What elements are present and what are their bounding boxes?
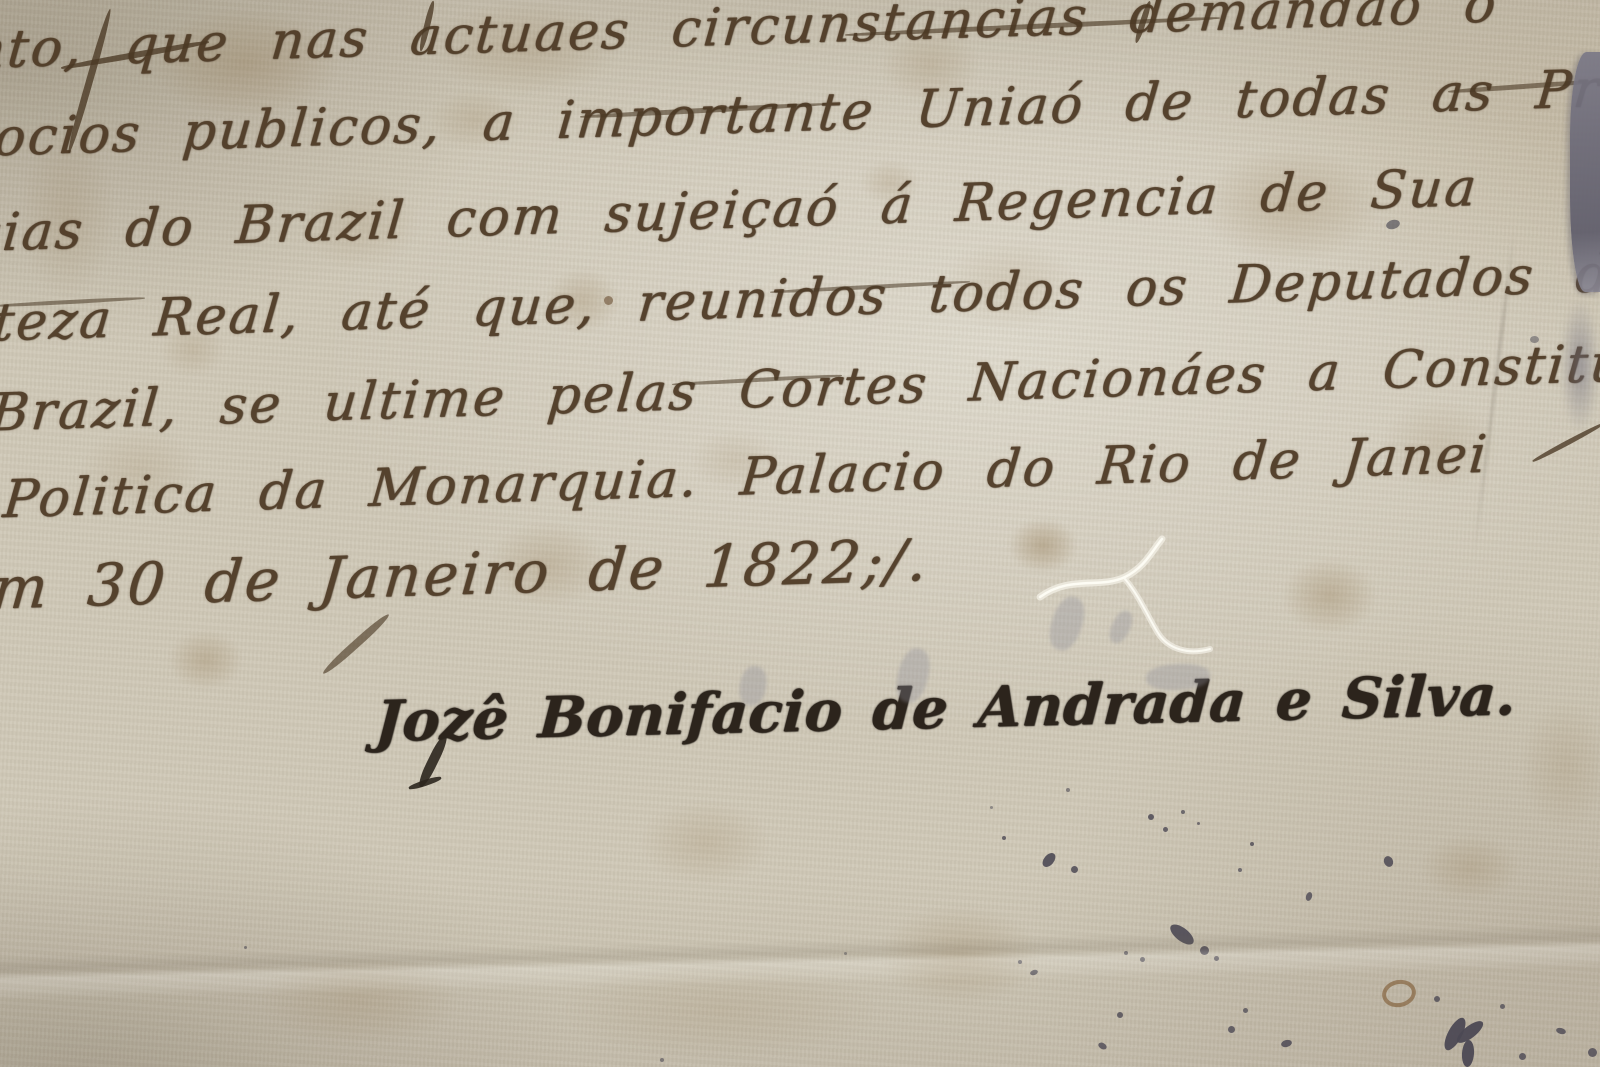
manuscript-photo: nto, que nas actuaes circunstancias dema… — [0, 0, 1600, 1067]
ink-spatter — [660, 1058, 664, 1062]
ink-spatter — [1461, 1040, 1475, 1067]
signature: Jozê Bonifacio de Andrada e Silva. — [373, 662, 1518, 756]
ink-spatter — [1097, 1041, 1108, 1051]
ink-spatter — [1588, 1048, 1597, 1057]
handwriting-layer: nto, que nas actuaes circunstancias dema… — [0, 0, 1600, 1067]
ink-spatter — [1555, 1027, 1566, 1035]
ink-spatter — [1280, 1039, 1292, 1049]
date-line: m 30 de Janeiro de 1822;/. — [0, 524, 933, 625]
ink-spatter — [1519, 1053, 1526, 1060]
manuscript-line-3: cias do Brazil com sujeiçaó á Regencia d… — [0, 156, 1481, 267]
